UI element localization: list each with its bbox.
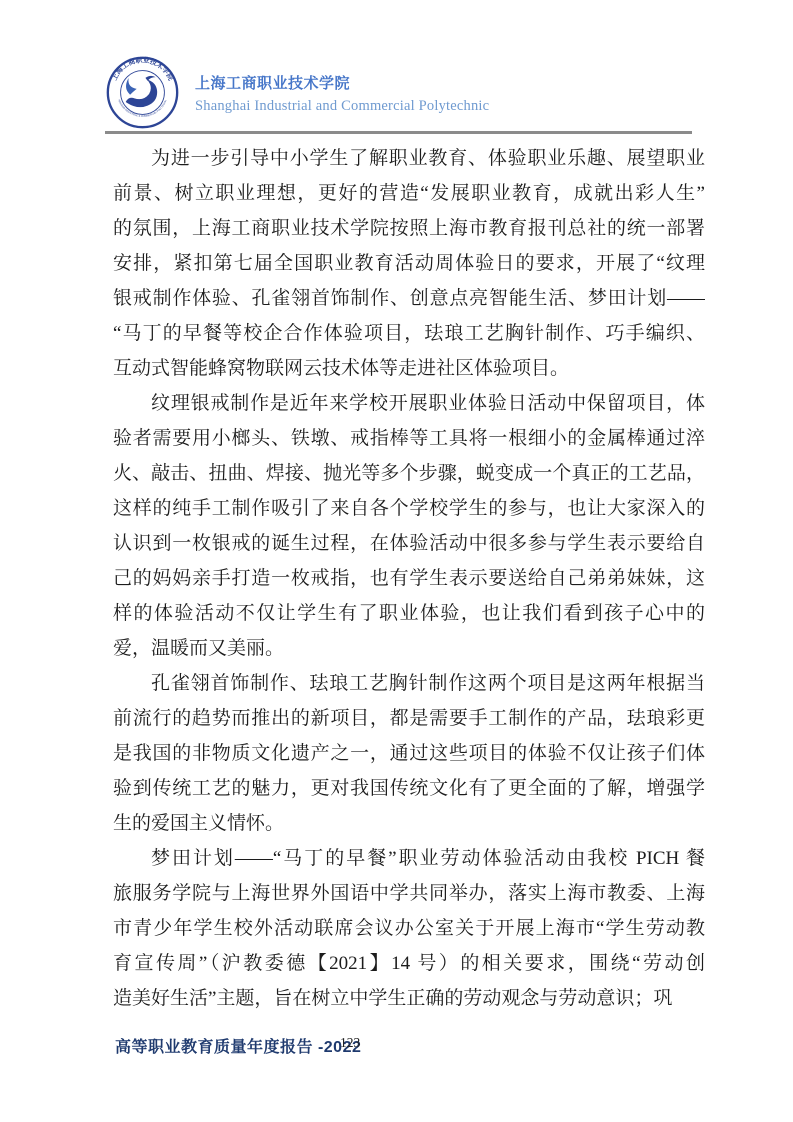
text-line: 火、敲击、扭曲、焊接、抛光等多个步骤，蜕变成一个真正的工艺品， bbox=[113, 456, 705, 491]
school-name-en: Shanghai Industrial and Commercial Polyt… bbox=[195, 98, 489, 115]
header-titles: 上海工商职业技术学院 Shanghai Industrial and Comme… bbox=[195, 72, 489, 115]
document-page: 上海工商职业技术学院 SHANGHAI INDUSTRIAL & COMMERC… bbox=[0, 0, 793, 1122]
text-line: 纹理银戒制作是近年来学校开展职业体验日活动中保留项目，体 bbox=[113, 386, 705, 421]
text-line: 验到传统工艺的魅力，更对我国传统文化有了更全面的了解，增强学 bbox=[113, 771, 705, 806]
text-line: 爱，温暖而又美丽。 bbox=[113, 631, 705, 666]
text-line: 己的妈妈亲手打造一枚戒指，也有学生表示要送给自己弟弟妹妹，这 bbox=[113, 561, 705, 596]
text-line: 这样的纯手工制作吸引了来自各个学校学生的参与，也让大家深入的 bbox=[113, 491, 705, 526]
school-name-cn: 上海工商职业技术学院 bbox=[195, 72, 489, 93]
text-line: 旅服务学院与上海世界外国语中学共同举办，落实上海市教委、上海 bbox=[113, 876, 705, 911]
text-line: 育宣传周”（沪教委德【2021】14 号）的相关要求，围绕“劳动创 bbox=[113, 946, 705, 981]
text-line: 的氛围，上海工商职业技术学院按照上海市教育报刊总社的统一部署 bbox=[113, 211, 705, 246]
text-line: 验者需要用小榔头、铁墩、戒指棒等工具将一根细小的金属棒通过淬 bbox=[113, 421, 705, 456]
text-line: 孔雀翎首饰制作、珐琅工艺胸针制作这两个项目是这两年根据当 bbox=[113, 666, 705, 701]
paragraph: 纹理银戒制作是近年来学校开展职业体验日活动中保留项目，体验者需要用小榔头、铁墩、… bbox=[113, 386, 705, 666]
text-line: 梦田计划——“马丁的早餐”职业劳动体验活动由我校 PICH 餐 bbox=[113, 841, 705, 876]
text-line: 认识到一枚银戒的诞生过程，在体验活动中很多参与学生表示要给自 bbox=[113, 526, 705, 561]
text-line: 市青少年学生校外活动联席会议办公室关于开展上海市“学生劳动教 bbox=[113, 911, 705, 946]
page-number: 123 bbox=[340, 1035, 360, 1051]
paragraph: 梦田计划——“马丁的早餐”职业劳动体验活动由我校 PICH 餐旅服务学院与上海世… bbox=[113, 841, 705, 1016]
header-divider bbox=[105, 131, 692, 134]
text-line: 互动式智能蜂窝物联网云技术体等走进社区体验项目。 bbox=[113, 351, 705, 386]
text-line: 前流行的趋势而推出的新项目，都是需要手工制作的产品，珐琅彩更 bbox=[113, 701, 705, 736]
document-body: 为进一步引导中小学生了解职业教育、体验职业乐趣、展望职业前景、树立职业理想，更好… bbox=[113, 141, 705, 1016]
text-line: 安排，紧扣第七届全国职业教育活动周体验日的要求，开展了“纹理 bbox=[113, 246, 705, 281]
text-line: 前景、树立职业理想，更好的营造“发展职业教育，成就出彩人生” bbox=[113, 176, 705, 211]
text-line: “马丁的早餐等校企合作体验项目，珐琅工艺胸针制作、巧手编织、 bbox=[113, 316, 705, 351]
text-line: 样的体验活动不仅让学生有了职业体验，也让我们看到孩子心中的 bbox=[113, 596, 705, 631]
paragraph: 为进一步引导中小学生了解职业教育、体验职业乐趣、展望职业前景、树立职业理想，更好… bbox=[113, 141, 705, 386]
text-line: 为进一步引导中小学生了解职业教育、体验职业乐趣、展望职业 bbox=[113, 141, 705, 176]
text-line: 是我国的非物质文化遗产之一，通过这些项目的体验不仅让孩子们体 bbox=[113, 736, 705, 771]
text-line: 造美好生活”主题，旨在树立中学生正确的劳动观念与劳动意识；巩 bbox=[113, 981, 705, 1016]
paragraph: 孔雀翎首饰制作、珐琅工艺胸针制作这两个项目是这两年根据当前流行的趋势而推出的新项… bbox=[113, 666, 705, 841]
text-line: 生的爱国主义情怀。 bbox=[113, 806, 705, 841]
text-line: 银戒制作体验、孔雀翎首饰制作、创意点亮智能生活、梦田计划—— bbox=[113, 281, 705, 316]
school-logo-icon: 上海工商职业技术学院 SHANGHAI INDUSTRIAL & COMMERC… bbox=[106, 56, 179, 129]
report-title: 高等职业教育质量年度报告 -2022 bbox=[115, 1034, 361, 1057]
